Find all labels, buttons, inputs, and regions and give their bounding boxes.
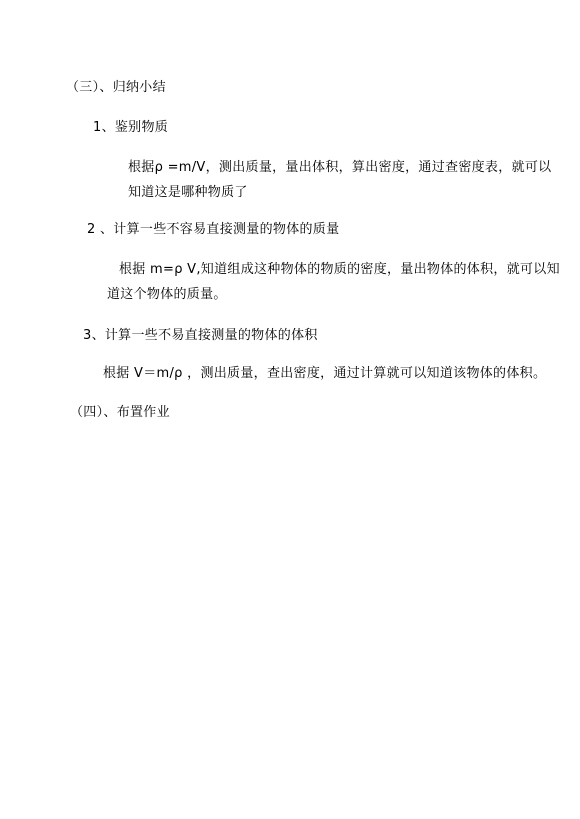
para-2-line-1: 根据 m=ρ V,知道组成这种物体的物质的密度，量出物体的体积，就可以知 xyxy=(119,262,560,277)
section-4-heading: （四）、布置作业 xyxy=(70,405,170,420)
para-1-line-1: 根据ρ =m/V，测出质量，量出体积，算出密度，通过查密度表，就可以 xyxy=(128,160,551,175)
para-1-line-2: 知道这是哪种物质了 xyxy=(128,185,248,200)
para-2-line-2: 道这个物体的质量。 xyxy=(107,287,227,302)
item-1-heading: 1、鉴别物质 xyxy=(93,120,168,135)
document-page: （三）、归纳小结 1、鉴别物质 根据ρ =m/V，测出质量，量出体积，算出密度，… xyxy=(0,0,580,819)
para-3-line-1: 根据 V＝m/ρ ，测出质量，查出密度，通过计算就可以知道该物体的体积。 xyxy=(103,366,546,381)
section-3-heading: （三）、归纳小结 xyxy=(66,80,166,95)
item-3-heading: 3、计算一些不易直接测量的物体的体积 xyxy=(83,328,318,343)
item-2-heading: 2 、计算一些不容易直接测量的物体的质量 xyxy=(87,222,339,237)
